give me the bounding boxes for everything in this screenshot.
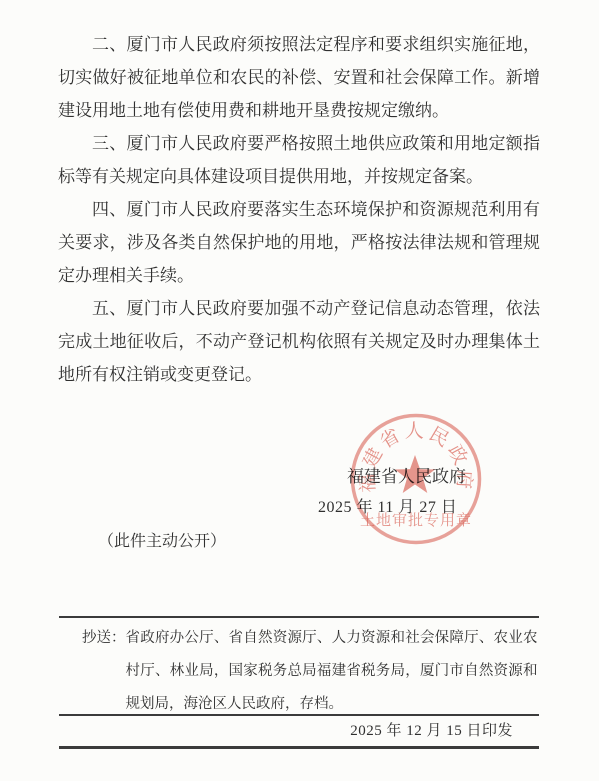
signature-date: 2025 年 11 月 27 日 — [318, 498, 457, 518]
signature-issuer: 福建省人民政府 — [347, 467, 466, 487]
paragraph-3: 三、厦门市人民政府要严格按照土地供应政策和用地定额指标等有关规定向具体建设项目提… — [58, 127, 540, 193]
cc-recipients: 省政府办公厅、省自然资源厅、人力资源和社会保障厅、农业农村厅、林业局，国家税务总… — [126, 622, 538, 721]
footer-divider-top — [59, 616, 539, 618]
document-page: 二、厦门市人民政府须按照法定程序和要求组织实施征地，切实做好被征地单位和农民的补… — [0, 0, 599, 781]
paragraph-2: 二、厦门市人民政府须按照法定程序和要求组织实施征地，切实做好被征地单位和农民的补… — [58, 28, 540, 127]
cc-block: 抄送： 省政府办公厅、省自然资源厅、人力资源和社会保障厅、农业农村厅、林业局，国… — [82, 622, 540, 721]
print-date: 2025 年 12 月 15 日印发 — [350, 721, 513, 741]
disclosure-note: （此件主动公开） — [98, 532, 226, 552]
paragraph-5: 五、厦门市人民政府要加强不动产登记信息动态管理，依法完成土地征收后，不动产登记机… — [58, 292, 540, 391]
cc-label: 抄送： — [82, 622, 126, 721]
paragraph-4: 四、厦门市人民政府要落实生态环境保护和资源规范利用有关要求，涉及各类自然保护地的… — [58, 193, 540, 292]
footer-divider-bottom — [59, 746, 539, 749]
document-body: 二、厦门市人民政府须按照法定程序和要求组织实施征地，切实做好被征地单位和农民的补… — [58, 28, 540, 391]
footer-divider-middle — [59, 714, 539, 716]
